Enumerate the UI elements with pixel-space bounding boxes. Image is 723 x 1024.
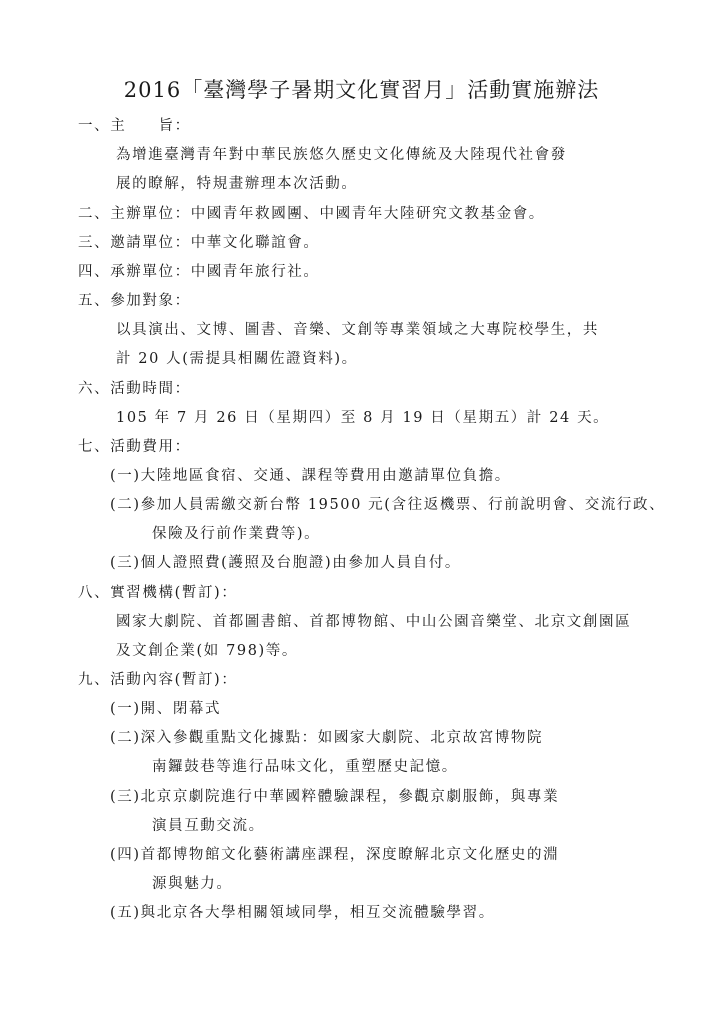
section-9-item: (四)首都博物館文化藝術講座課程，深度瞭解北京文化歷史的淵 <box>110 845 559 865</box>
document-title: 2016「臺灣學子暑期文化實習月」活動實施辦法 <box>0 74 723 104</box>
section-6-text: 105 年 7 月 26 日（星期四）至 8 月 19 日（星期五）計 24 天… <box>116 408 609 428</box>
section-1-text: 展的瞭解，特規畫辦理本次活動。 <box>116 174 358 194</box>
section-9-item: (一)開、閉幕式 <box>110 699 221 719</box>
section-8-text: 及文創企業(如 798)等。 <box>116 641 298 661</box>
section-5-text: 以具演出、文博、圖書、音樂、文創等專業領域之大專院校學生，共 <box>116 320 599 340</box>
section-7-item: (三)個人證照費(護照及台胞證)由參加人員自付。 <box>110 553 461 573</box>
section-3-heading: 三、邀請單位：中華文化聯誼會。 <box>78 233 320 253</box>
section-5-text: 計 20 人(需提具相關佐證資料)。 <box>116 349 358 369</box>
document-page: 2016「臺灣學子暑期文化實習月」活動實施辦法 一、主 旨： 為增進臺灣青年對中… <box>0 0 723 1024</box>
section-9-heading: 九、活動內容(暫訂)： <box>78 670 237 690</box>
section-9-item-cont: 演員互動交流。 <box>152 816 265 836</box>
section-9-item: (三)北京京劇院進行中華國粹體驗課程，參觀京劇服飾，與專業 <box>110 787 559 807</box>
section-4-heading: 四、承辦單位：中國青年旅行社。 <box>78 262 320 282</box>
section-7-heading: 七、活動費用： <box>78 437 191 457</box>
section-9-item-cont: 南鑼鼓巷等進行品味文化，重塑歷史記憶。 <box>152 757 458 777</box>
section-7-item: (一)大陸地區食宿、交通、課程等費用由邀請單位負擔。 <box>110 466 511 486</box>
section-9-item: (二)深入參觀重點文化據點：如國家大劇院、北京故宮博物院 <box>110 728 543 748</box>
section-2-heading: 二、主辦單位：中國青年救國團、中國青年大陸研究文教基金會。 <box>78 204 545 224</box>
section-5-heading: 五、參加對象： <box>78 291 191 311</box>
section-1-text: 為增進臺灣青年對中華民族悠久歷史文化傳統及大陸現代社會發 <box>116 145 567 165</box>
section-8-text: 國家大劇院、首都圖書館、首都博物館、中山公園音樂堂、北京文創園區 <box>116 612 631 632</box>
section-6-heading: 六、活動時間： <box>78 379 191 399</box>
section-8-heading: 八、實習機構(暫訂)： <box>78 583 237 603</box>
section-9-item-cont: 源與魅力。 <box>152 874 233 894</box>
section-7-item: (二)參加人員需繳交新台幣 19500 元(含往返機票、行前說明會、交流行政、 <box>110 495 665 515</box>
section-9-item: (五)與北京各大學相關領域同學，相互交流體驗學習。 <box>110 903 495 923</box>
section-1-heading: 一、主 旨： <box>78 116 191 136</box>
section-7-item-cont: 保險及行前作業費等)。 <box>152 524 320 544</box>
